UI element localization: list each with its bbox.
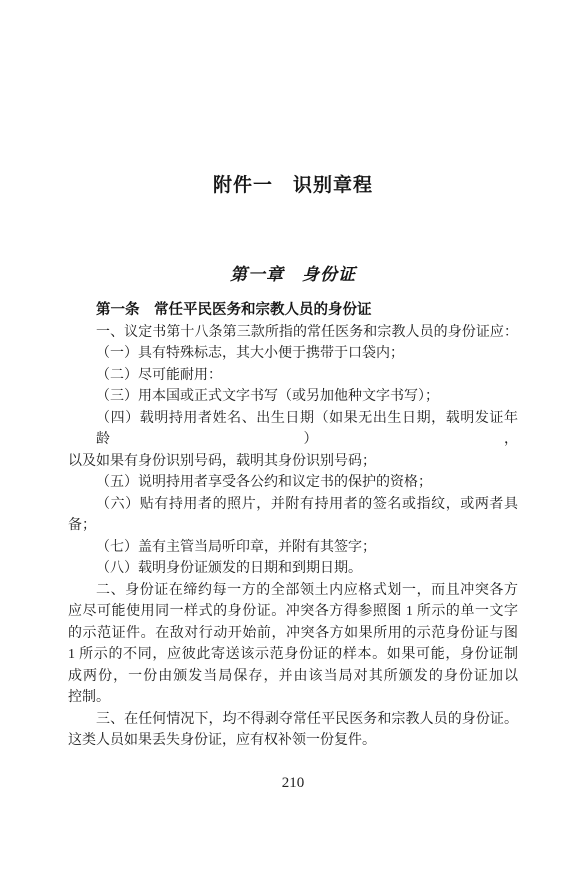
text-line: （七）盖有主管当局听印章，并附有其签字； <box>68 537 518 559</box>
text-line: （一）具有特殊标志，其大小便于携带于口袋内； <box>68 343 518 365</box>
chapter-heading: 第一章 身份证 <box>0 260 586 285</box>
document-title: 附件一 识别章程 <box>0 170 586 197</box>
text-line: 应尽可能使用同一样式的身份证。冲突各方得参照图 1 所示的单一文字 <box>68 601 518 623</box>
page-number: 210 <box>0 775 586 792</box>
text-line: 第一条 常任平民医务和宗教人员的身份证 <box>68 300 518 322</box>
text-line: （四）载明持用者姓名、出生日期（如果无出生日期，载明发证年龄）， <box>68 408 518 451</box>
text-line: （六）贴有持用者的照片，并附有持用者的签名或指纹，或两者具 <box>68 494 518 516</box>
text-line: 三、在任何情况下，均不得剥夺常任平民医务和宗教人员的身份证。 <box>68 709 518 731</box>
text-line: 1 所示的不同，应彼此寄送该示范身份证的样本。如果可能，身份证制 <box>68 644 518 666</box>
text-line: 一、议定书第十八条第三款所指的常任医务和宗教人员的身份证应： <box>68 322 518 344</box>
body-text: 第一条 常任平民医务和宗教人员的身份证一、议定书第十八条第三款所指的常任医务和宗… <box>68 300 518 752</box>
text-line: （五）说明持用者享受各公约和议定书的保护的资格； <box>68 472 518 494</box>
text-line: 成两份，一份由颁发当局保存，并由该当局对其所颁发的身份证加以 <box>68 666 518 688</box>
text-line: （三）用本国或正式文字书写（或另加他种文字书写）； <box>68 386 518 408</box>
text-line: 控制。 <box>68 687 518 709</box>
text-line: 以及如果有身份识别号码，载明其身份识别号码； <box>68 451 518 473</box>
text-line: 的示范证件。在敌对行动开始前，冲突各方如果所用的示范身份证与图 <box>68 623 518 645</box>
document-page: 附件一 识别章程 第一章 身份证 第一条 常任平民医务和宗教人员的身份证一、议定… <box>0 0 586 869</box>
text-line: （八）载明身份证颁发的日期和到期日期。 <box>68 558 518 580</box>
text-line: 这类人员如果丢失身份证，应有权补领一份复件。 <box>68 730 518 752</box>
text-line: （二）尽可能耐用： <box>68 365 518 387</box>
text-line: 备； <box>68 515 518 537</box>
text-line: 二、身份证在缔约每一方的全部领土内应格式划一，而且冲突各方 <box>68 580 518 602</box>
